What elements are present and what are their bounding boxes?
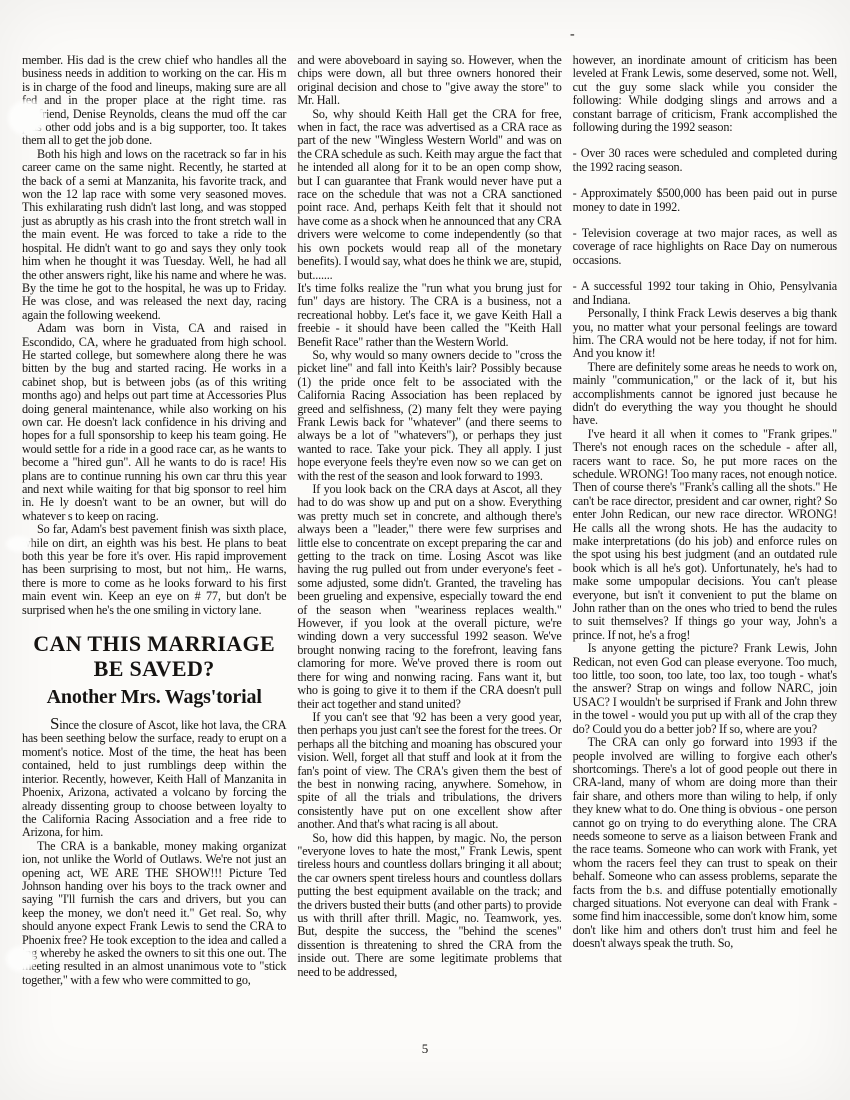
scan-artifact xyxy=(6,946,36,972)
paragraph: So, how did this happen, by magic. No, t… xyxy=(297,832,561,979)
paragraph: If you can't see that '92 has been a ver… xyxy=(297,711,561,832)
paragraph: - Television coverage at two major races… xyxy=(573,227,837,267)
scan-mark: - xyxy=(570,27,575,43)
scan-artifact xyxy=(6,536,32,552)
column-1: member. His dad is the crew chief who ha… xyxy=(22,54,286,987)
paragraph: Since the closure of Ascot, like hot lav… xyxy=(22,719,286,840)
article-columns: member. His dad is the crew chief who ha… xyxy=(22,54,837,987)
paragraph: and were aboveboard in saying so. Howeve… xyxy=(297,54,561,108)
column-2: and were aboveboard in saying so. Howeve… xyxy=(297,54,561,987)
page-number: 5 xyxy=(0,1041,850,1057)
paragraph: Personally, I think Frack Lewis deserves… xyxy=(573,307,837,361)
paragraph: - Approximately $500,000 has been paid o… xyxy=(573,187,837,214)
paragraph: member. His dad is the crew chief who ha… xyxy=(22,54,286,148)
article-title: CAN THIS MARRIAGE BE SAVED? xyxy=(26,631,282,681)
paragraph: Adam was born in Vista, CA and raised in… xyxy=(22,322,286,523)
paragraph: So, why would so many owners decide to "… xyxy=(297,349,561,483)
scan-artifact xyxy=(8,100,46,136)
scanned-newsletter-page: - member. His dad is the crew chief who … xyxy=(0,0,850,1100)
paragraph: The CRA is a bankable, money making orga… xyxy=(22,840,286,987)
paragraph: - Over 30 races were scheduled and compl… xyxy=(573,147,837,174)
paragraph: If you look back on the CRA days at Asco… xyxy=(297,483,561,711)
paragraph: I've heard it all when it comes to "Fran… xyxy=(573,428,837,643)
paragraph: There are definitely some areas he needs… xyxy=(573,361,837,428)
article-subtitle: Another Mrs. Wags'torial xyxy=(22,685,286,709)
column-3: however, an inordinate amount of critici… xyxy=(573,54,837,987)
paragraph: however, an inordinate amount of critici… xyxy=(573,54,837,134)
paragraph: Both his high and lows on the racetrack … xyxy=(22,148,286,322)
paragraph: The CRA can only go forward into 1993 if… xyxy=(573,736,837,951)
paragraph: So, why should Keith Hall get the CRA fo… xyxy=(297,108,561,282)
paragraph: - A successful 1992 tour taking in Ohio,… xyxy=(573,280,837,307)
paragraph: Is anyone getting the picture? Frank Lew… xyxy=(573,642,837,736)
paragraph: It's time folks realize the "run what yo… xyxy=(297,282,561,349)
paragraph: So far, Adam's best pavement finish was … xyxy=(22,523,286,617)
